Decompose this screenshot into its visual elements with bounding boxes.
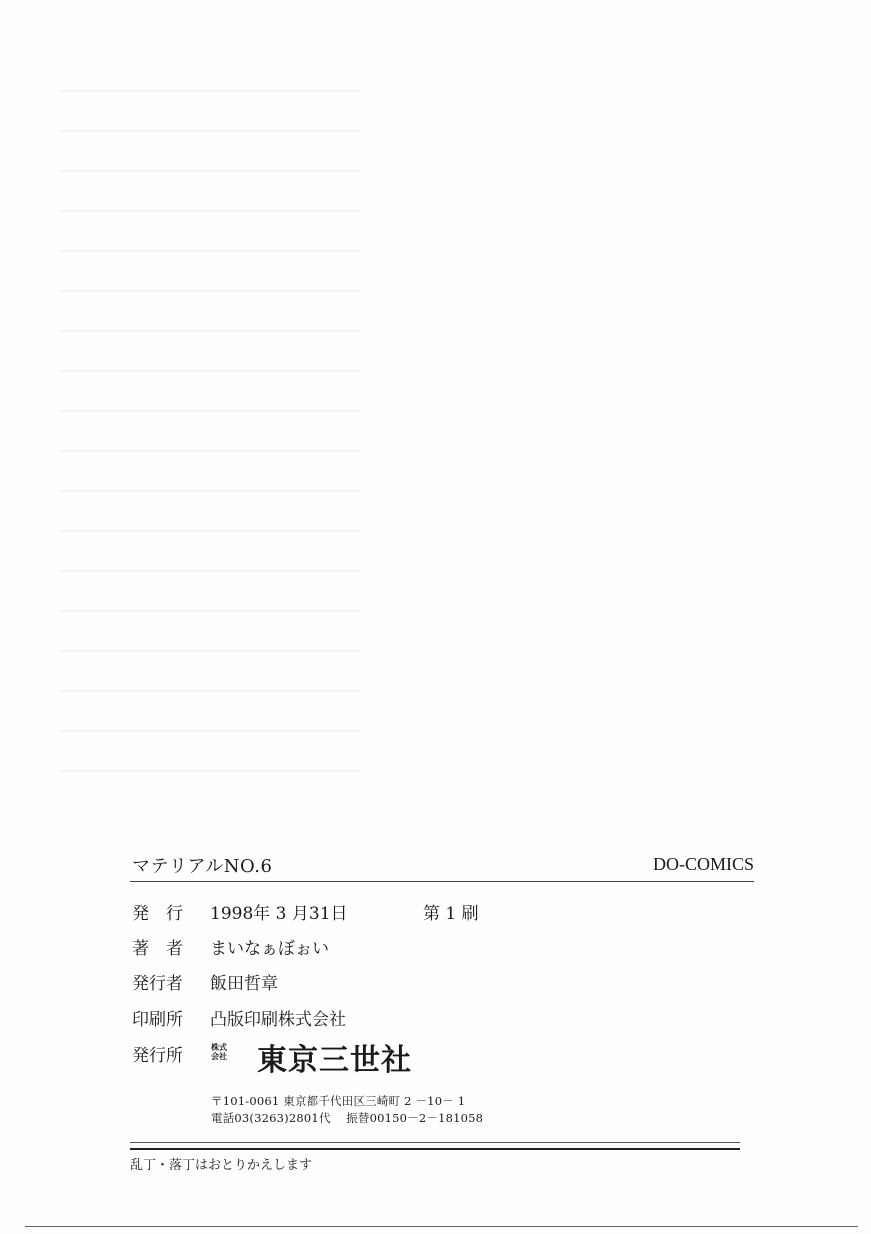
row-label: 著 者 bbox=[132, 934, 210, 959]
page-edge-rule bbox=[25, 1226, 858, 1227]
row-label: 発行者 bbox=[132, 969, 210, 994]
footer-rule-thin bbox=[130, 1142, 740, 1143]
row-publication-date: 発 行 1998年 3 月31日 bbox=[132, 899, 348, 924]
publisher-contact: 電話03(3263)2801代 振替00150－2－181058 bbox=[211, 1110, 483, 1126]
row-label: 発 行 bbox=[132, 899, 210, 924]
row-publisher-person: 発行者 飯田哲章 bbox=[132, 969, 278, 994]
row-label: 印刷所 bbox=[132, 1005, 210, 1030]
show-through-artifact bbox=[60, 90, 360, 790]
row-publishing-house: 発行所 bbox=[132, 1041, 210, 1066]
footer-rule-thick bbox=[130, 1148, 740, 1150]
publisher-name: 東京三世社 bbox=[257, 1035, 412, 1079]
row-label: 発行所 bbox=[132, 1041, 210, 1066]
row-printer: 印刷所 凸版印刷株式会社 bbox=[132, 1005, 346, 1030]
kabushiki-kaisha-mark: 株式 会社 bbox=[211, 1043, 233, 1061]
imprint-label: DO-COMICS bbox=[653, 854, 754, 875]
replacement-notice: 乱丁・落丁はおとりかえします bbox=[130, 1154, 312, 1173]
row-value: 1998年 3 月31日 bbox=[210, 899, 348, 924]
row-value: 凸版印刷株式会社 bbox=[210, 1005, 346, 1030]
publisher-address: 〒101-0061 東京都千代田区三崎町 2 －10－ 1 bbox=[211, 1093, 465, 1109]
book-title: マテリアルNO.6 bbox=[132, 852, 272, 878]
edition-number: 第 1 刷 bbox=[423, 899, 479, 924]
header-rule bbox=[130, 881, 754, 882]
row-value: まいなぁぼぉい bbox=[210, 934, 329, 959]
row-author: 著 者 まいなぁぼぉい bbox=[132, 934, 329, 959]
row-value: 飯田哲章 bbox=[210, 969, 278, 994]
